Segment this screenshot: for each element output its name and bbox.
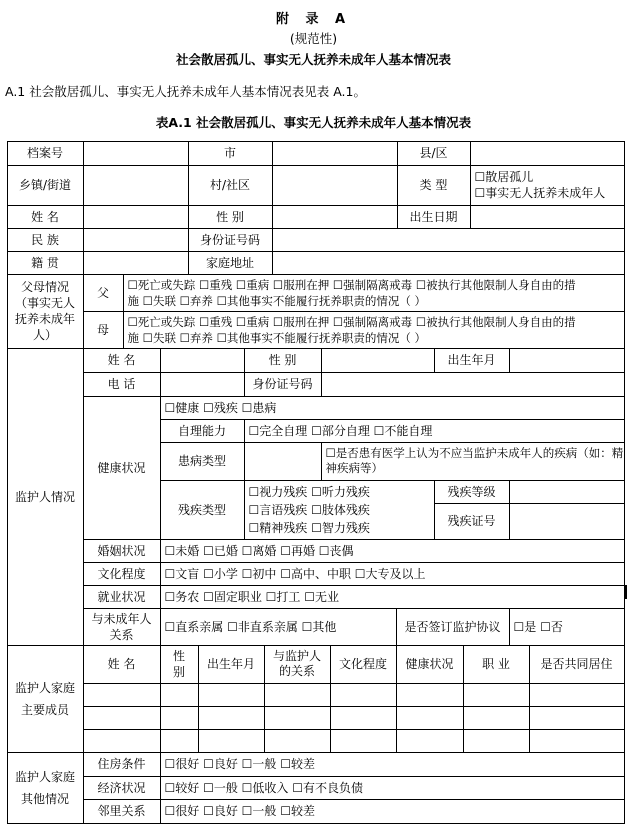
family-col-education: 文化程度 (330, 645, 397, 684)
label-guardian-birth: 出生年月 (434, 348, 510, 373)
family-cell[interactable] (160, 683, 199, 707)
label-ethnicity: 民 族 (7, 228, 84, 252)
family-cell[interactable] (330, 683, 397, 707)
family-cell[interactable] (529, 683, 625, 707)
mother-options-line1[interactable]: ☐死亡或失踪 ☐重残 ☐重病 ☐服刑在押 ☐强制隔离戒毒 ☐被执行其他限制人身自… (128, 314, 576, 330)
field-guardian-birth[interactable] (509, 348, 625, 373)
label-mother: 母 (83, 311, 124, 349)
label-guardian-name: 姓 名 (83, 348, 161, 373)
housing-options[interactable]: ☐很好 ☐良好 ☐一般 ☐较差 (160, 752, 625, 777)
family-cell[interactable] (198, 729, 265, 753)
field-guardian-phone[interactable] (160, 372, 245, 397)
field-name[interactable] (83, 205, 189, 229)
economy-options[interactable]: ☐较好 ☐一般 ☐低收入 ☐有不良负债 (160, 776, 625, 800)
family-cell[interactable] (529, 706, 625, 730)
label-illness-type: 患病类型 (160, 442, 245, 481)
label-marital: 婚姻状况 (83, 539, 161, 563)
field-id-no[interactable] (272, 228, 625, 252)
health-options[interactable]: ☐健康 ☐残疾 ☐患病 (160, 396, 625, 420)
relation-options[interactable]: ☐直系亲属 ☐非直系亲属 ☐其他 (160, 608, 397, 646)
field-ethnicity[interactable] (83, 228, 189, 252)
education-options[interactable]: ☐文盲 ☐小学 ☐初中 ☐高中、中职 ☐大专及以上 (160, 562, 625, 586)
family-col-relation: 与监护人的关系 (264, 645, 331, 684)
label-file-no: 档案号 (7, 141, 84, 166)
family-col-health: 健康状况 (396, 645, 464, 684)
disability-options-row3[interactable]: ☐精神残疾 ☐智力残疾 (249, 519, 370, 537)
field-disability-level[interactable] (509, 480, 625, 504)
family-cell[interactable] (463, 729, 530, 753)
label-self-care: 自理能力 (160, 419, 245, 443)
family-cell[interactable] (264, 683, 331, 707)
label-city: 市 (188, 141, 273, 166)
family-cell[interactable] (160, 706, 199, 730)
label-id-no: 身份证号码 (188, 228, 273, 252)
label-native-place: 籍 贯 (7, 251, 84, 275)
family-cell[interactable] (160, 729, 199, 753)
field-guardian-id[interactable] (321, 372, 625, 397)
marital-options[interactable]: ☐未婚 ☐已婚 ☐离婚 ☐再婚 ☐丧偶 (160, 539, 625, 563)
disability-options: ☐视力残疾 ☐听力残疾 ☐言语残疾 ☐肢体残疾 ☐精神残疾 ☐智力残疾 (244, 480, 435, 540)
family-cell[interactable] (83, 706, 161, 730)
field-village[interactable] (272, 165, 398, 206)
label-name: 姓 名 (7, 205, 84, 229)
field-address[interactable] (272, 251, 625, 275)
employment-options[interactable]: ☐务农 ☐固定职业 ☐打工 ☐无业 (160, 585, 625, 609)
label-county: 县/区 (397, 141, 471, 166)
family-cell[interactable] (83, 683, 161, 707)
label-parents: 父母情况（事实无人抚养未成年人） (7, 274, 84, 349)
field-disability-cert[interactable] (509, 503, 625, 540)
field-guardian-name[interactable] (160, 348, 245, 373)
label-town: 乡镇/街道 (7, 165, 84, 206)
family-cell[interactable] (83, 729, 161, 753)
checkbox-de-facto-unsupported[interactable]: ☐事实无人抚养未成年人 (475, 185, 606, 201)
field-gender[interactable] (272, 205, 398, 229)
label-disability-level: 残疾等级 (434, 480, 510, 504)
family-cell[interactable] (396, 729, 464, 753)
disability-options-row1[interactable]: ☐视力残疾 ☐听力残疾 (249, 483, 370, 501)
family-col-name: 姓 名 (83, 645, 161, 684)
label-other: 监护人家庭其他情况 (7, 752, 84, 824)
label-gender: 性 别 (188, 205, 273, 229)
mother-options-line2[interactable]: 施 ☐失联 ☐弃养 ☐其他事实不能履行抚养职责的情况（ ） (128, 330, 427, 346)
family-col-occupation: 职 业 (463, 645, 530, 684)
section-text: A.1 社会散居孤儿、事实无人抚养未成年人基本情况表见表 A.1。 (5, 82, 366, 100)
family-cell[interactable] (396, 706, 464, 730)
label-birth-date: 出生日期 (397, 205, 471, 229)
father-options: ☐死亡或失踪 ☐重残 ☐重病 ☐服刑在押 ☐强制隔离戒毒 ☐被执行其他限制人身自… (123, 274, 625, 312)
label-education: 文化程度 (83, 562, 161, 586)
father-options-line1[interactable]: ☐死亡或失踪 ☐重残 ☐重病 ☐服刑在押 ☐强制隔离戒毒 ☐被执行其他限制人身自… (128, 277, 576, 293)
label-health: 健康状况 (83, 396, 161, 540)
self-care-options[interactable]: ☐完全自理 ☐部分自理 ☐不能自理 (244, 419, 625, 443)
family-col-birth: 出生年月 (198, 645, 265, 684)
label-disability-type: 残疾类型 (160, 480, 245, 540)
family-cell[interactable] (463, 706, 530, 730)
illness-note-checkbox[interactable]: ☐是否患有医学上认为不应当监护未成年人的疾病（如：精神疾病等） (321, 442, 625, 481)
label-address: 家庭地址 (188, 251, 273, 275)
field-town[interactable] (83, 165, 189, 206)
label-guardian: 监护人情况 (7, 348, 84, 646)
label-guardian-gender: 性 别 (244, 348, 322, 373)
family-cell[interactable] (198, 706, 265, 730)
field-native-place[interactable] (83, 251, 189, 275)
label-disability-cert: 残疾证号 (434, 503, 510, 540)
label-village: 村/社区 (188, 165, 273, 206)
checkbox-scattered-orphan[interactable]: ☐散居孤儿 (475, 169, 534, 185)
field-illness-type[interactable] (244, 442, 322, 481)
family-col-gender: 性别 (160, 645, 199, 684)
label-neighbors: 邻里关系 (83, 799, 161, 824)
father-options-line2[interactable]: 施 ☐失联 ☐弃养 ☐其他事实不能履行抚养职责的情况（ ） (128, 293, 427, 309)
label-family: 监护人家庭主要成员 (7, 645, 84, 753)
field-county[interactable] (470, 141, 625, 166)
family-cell[interactable] (529, 729, 625, 753)
label-relation: 与未成年人关系 (83, 608, 161, 646)
family-cell[interactable] (330, 729, 397, 753)
label-employment: 就业状况 (83, 585, 161, 609)
appendix-title: 附 录 A (0, 8, 627, 27)
label-type: 类 型 (397, 165, 471, 206)
form-title: 社会散居孤儿、事实无人抚养未成年人基本情况表 (0, 50, 627, 68)
family-cell[interactable] (264, 706, 331, 730)
normative-label: (规范性) (0, 29, 627, 47)
label-economy: 经济状况 (83, 776, 161, 800)
agreement-options[interactable]: ☐是 ☐否 (509, 608, 625, 646)
label-guardian-id: 身份证号码 (244, 372, 322, 397)
family-cell[interactable] (264, 729, 331, 753)
field-birth-date[interactable] (470, 205, 625, 229)
family-cell[interactable] (330, 706, 397, 730)
field-guardian-gender[interactable] (321, 348, 435, 373)
family-cell[interactable] (198, 683, 265, 707)
field-file-no[interactable] (83, 141, 189, 166)
family-cell[interactable] (463, 683, 530, 707)
mother-options: ☐死亡或失踪 ☐重残 ☐重病 ☐服刑在押 ☐强制隔离戒毒 ☐被执行其他限制人身自… (123, 311, 625, 349)
field-city[interactable] (272, 141, 398, 166)
family-col-cohabit: 是否共同居住 (529, 645, 625, 684)
label-father: 父 (83, 274, 124, 312)
table-caption: 表A.1 社会散居孤儿、事实无人抚养未成年人基本情况表 (0, 113, 627, 131)
disability-options-row2[interactable]: ☐言语残疾 ☐肢体残疾 (249, 501, 370, 519)
label-guardian-phone: 电 话 (83, 372, 161, 397)
family-cell[interactable] (396, 683, 464, 707)
type-options: ☐散居孤儿 ☐事实无人抚养未成年人 (470, 165, 625, 206)
label-housing: 住房条件 (83, 752, 161, 777)
neighbors-options[interactable]: ☐很好 ☐良好 ☐一般 ☐较差 (160, 799, 625, 824)
label-agreement: 是否签订监护协议 (396, 608, 510, 646)
